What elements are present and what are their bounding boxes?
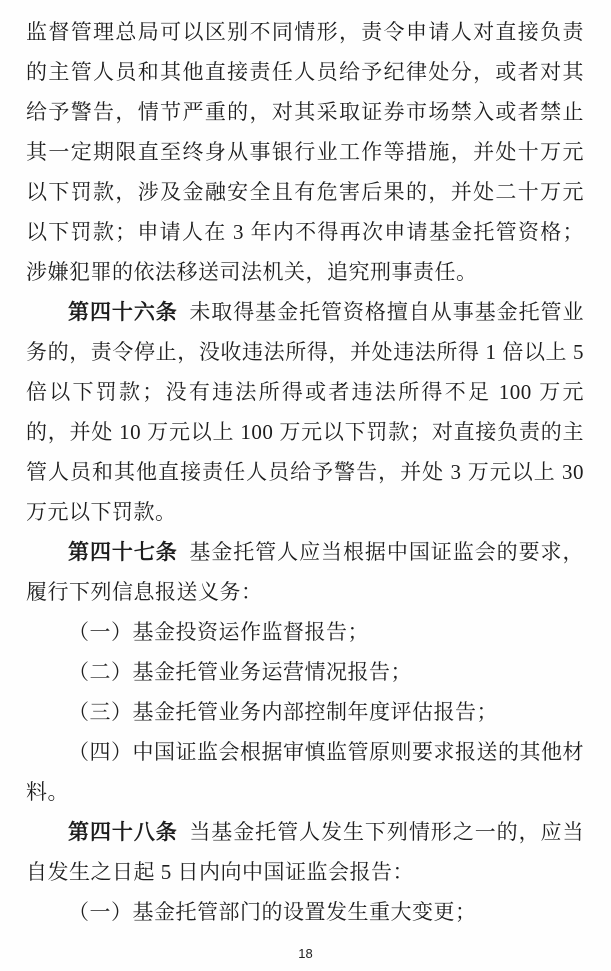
paragraph-text: （一）基金托管部门的设置发生重大变更； [68, 900, 477, 924]
list-item-3: （三）基金托管业务内部控制年度评估报告； [26, 692, 584, 732]
document-body: 监督管理总局可以区别不同情形，责令申请人对直接负责的主管人员和其他直接责任人员给… [0, 0, 611, 932]
paragraph-text: （三）基金托管业务内部控制年度评估报告； [68, 700, 498, 724]
paragraph-text: 监督管理总局可以区别不同情形，责令申请人对直接负责的主管人员和其他直接责任人员给… [26, 20, 584, 284]
paragraph-continuation: 监督管理总局可以区别不同情形，责令申请人对直接负责的主管人员和其他直接责任人员给… [26, 12, 584, 292]
article-number: 第四十八条 [68, 820, 178, 844]
paragraph-text: 未取得基金托管资格擅自从事基金托管业务的，责令停止，没收违法所得，并处违法所得 … [26, 300, 584, 524]
paragraph-text: （二）基金托管业务运营情况报告； [68, 660, 412, 684]
page-number: 18 [298, 946, 312, 961]
document-page: 监督管理总局可以区别不同情形，责令申请人对直接负责的主管人员和其他直接责任人员给… [0, 0, 611, 971]
page-footer: 18 [0, 945, 611, 963]
list-item-1: （一）基金投资运作监督报告； [26, 612, 584, 652]
paragraph-article-46: 第四十六条未取得基金托管资格擅自从事基金托管业务的，责令停止，没收违法所得，并处… [26, 292, 584, 532]
list-item-2: （二）基金托管业务运营情况报告； [26, 652, 584, 692]
paragraph-article-47: 第四十七条基金托管人应当根据中国证监会的要求，履行下列信息报送义务： [26, 532, 584, 612]
list-item-1-article-48: （一）基金托管部门的设置发生重大变更； [26, 892, 584, 932]
paragraph-text: （一）基金投资运作监督报告； [68, 620, 369, 644]
list-item-4: （四）中国证监会根据审慎监管原则要求报送的其他材料。 [26, 732, 584, 812]
article-number: 第四十六条 [68, 300, 178, 324]
article-number: 第四十七条 [68, 540, 178, 564]
paragraph-text: （四）中国证监会根据审慎监管原则要求报送的其他材料。 [26, 740, 584, 804]
paragraph-article-48: 第四十八条当基金托管人发生下列情形之一的，应当自发生之日起 5 日内向中国证监会… [26, 812, 584, 892]
